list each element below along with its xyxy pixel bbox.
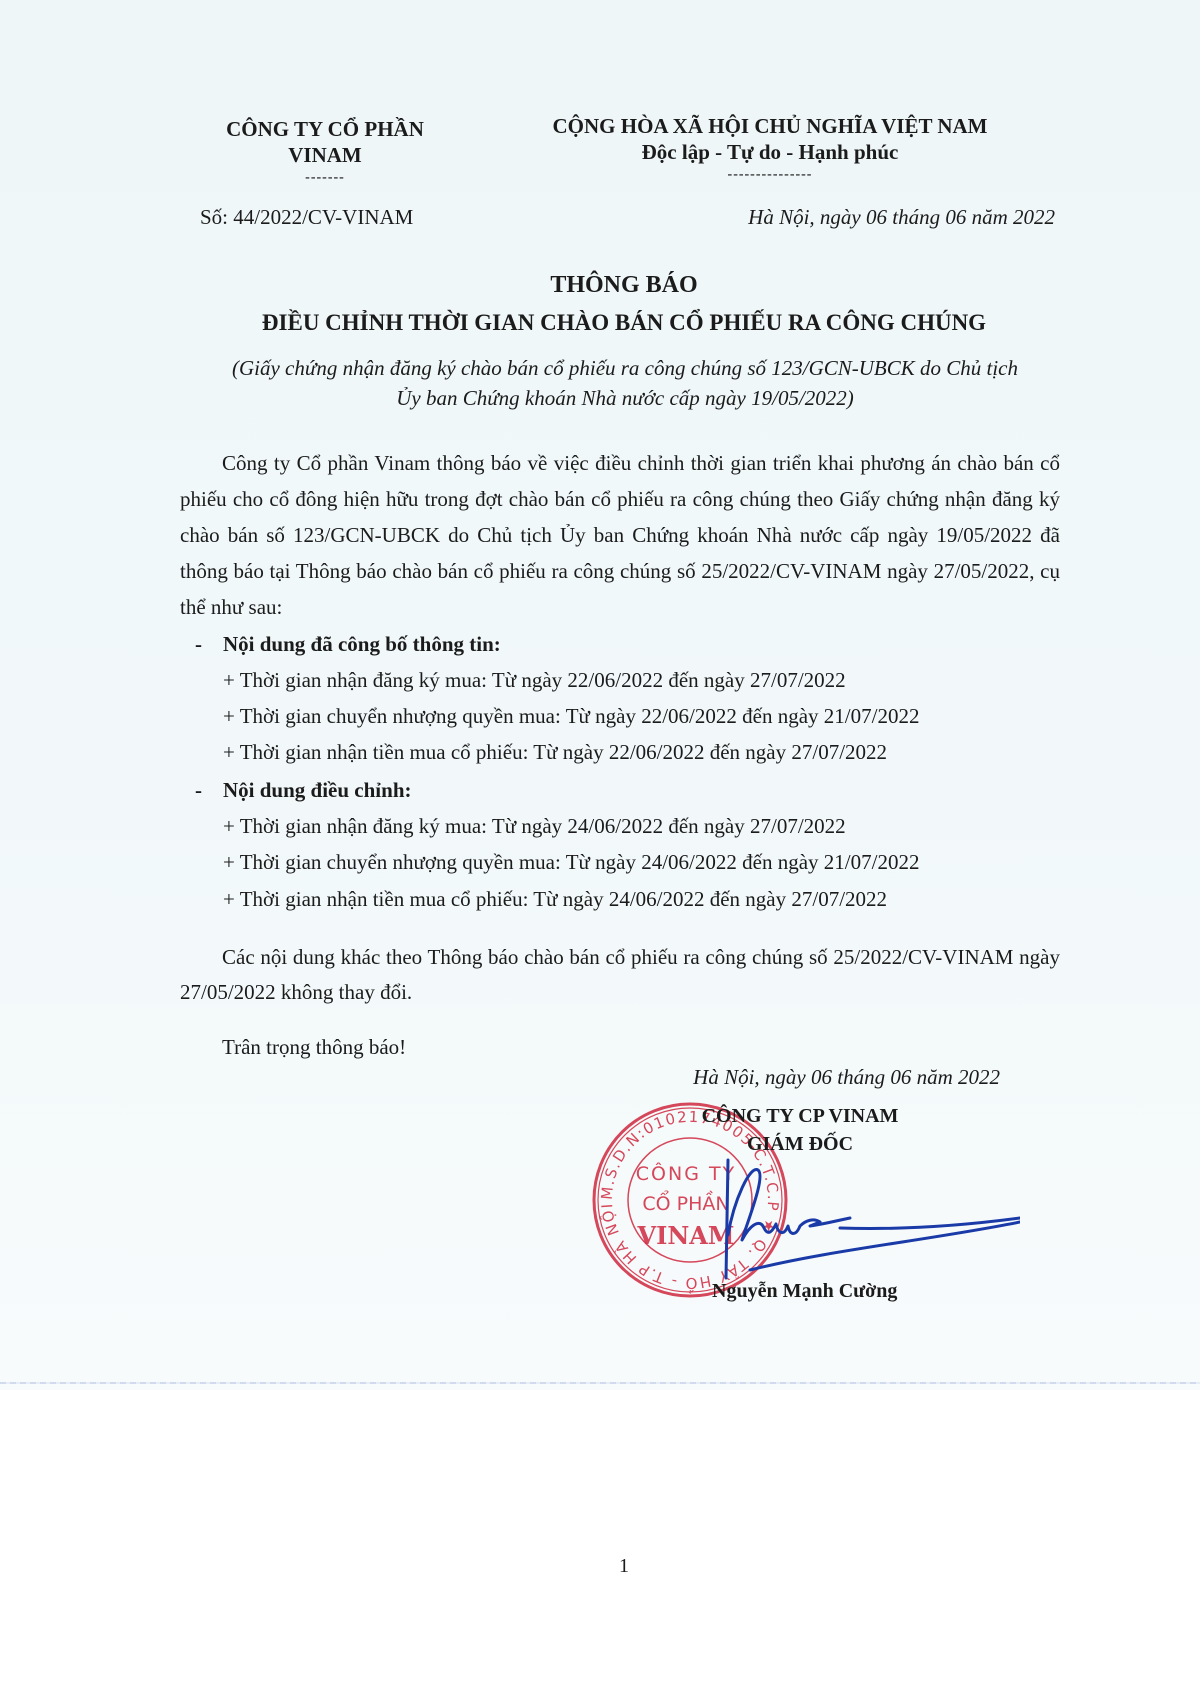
- svg-text:CỔ PHẦN: CỔ PHẦN: [642, 1189, 729, 1215]
- list-item: + Thời gian nhận đăng ký mua: Từ ngày 24…: [223, 814, 846, 839]
- signatory-company: CÔNG TY CP VINAM: [640, 1102, 960, 1130]
- company-separator: -------: [200, 168, 450, 188]
- national-motto: Độc lập - Tự do - Hạnh phúc: [520, 139, 1020, 165]
- national-header: CỘNG HÒA XÃ HỘI CHỦ NGHĨA VIỆT NAM Độc l…: [520, 113, 1020, 185]
- section-heading-adjusted: -Nội dung điều chỉnh:: [195, 778, 412, 803]
- list-item: + Thời gian nhận tiền mua cổ phiếu: Từ n…: [223, 887, 887, 912]
- section-heading-text: Nội dung đã công bố thông tin:: [223, 632, 501, 656]
- bullet-dash: -: [195, 778, 223, 803]
- motto-separator: ---------------: [520, 165, 1020, 185]
- list-item: + Thời gian nhận đăng ký mua: Từ ngày 22…: [223, 668, 846, 693]
- document-title: THÔNG BÁO: [0, 272, 1200, 299]
- document-subtitle: ĐIỀU CHỈNH THỜI GIAN CHÀO BÁN CỔ PHIẾU R…: [0, 310, 1200, 336]
- list-item: + Thời gian chuyển nhượng quyền mua: Từ …: [223, 850, 919, 875]
- certificate-reference: (Giấy chứng nhận đăng ký chào bán cổ phi…: [190, 353, 1060, 413]
- nation-name: CỘNG HÒA XÃ HỘI CHỦ NGHĨA VIỆT NAM: [520, 113, 1020, 139]
- closing-line: Trân trọng thông báo!: [222, 1035, 406, 1060]
- company-name-line2: VINAM: [200, 142, 450, 168]
- list-item: + Thời gian chuyển nhượng quyền mua: Từ …: [223, 704, 919, 729]
- other-content-paragraph: Các nội dung khác theo Thông báo chào bá…: [180, 940, 1060, 1010]
- certificate-line-1: (Giấy chứng nhận đăng ký chào bán cổ phi…: [190, 353, 1060, 383]
- section-heading-text: Nội dung điều chỉnh:: [223, 778, 412, 802]
- issue-date: Hà Nội, ngày 06 tháng 06 năm 2022: [700, 205, 1055, 230]
- section-heading-published: -Nội dung đã công bố thông tin:: [195, 632, 501, 657]
- company-name-line1: CÔNG TY CỔ PHẦN: [200, 116, 450, 142]
- signature-date: Hà Nội, ngày 06 tháng 06 năm 2022: [600, 1065, 1000, 1090]
- list-item: + Thời gian nhận tiền mua cổ phiếu: Từ n…: [223, 740, 887, 765]
- page-number: 1: [0, 1555, 1200, 1578]
- company-header: CÔNG TY CỔ PHẦN VINAM -------: [200, 116, 450, 188]
- document-number: Số: 44/2022/CV-VINAM: [200, 205, 462, 230]
- signatory-name: Nguyễn Mạnh Cường: [712, 1280, 897, 1303]
- scan-artifact-line: [0, 1382, 1200, 1384]
- intro-paragraph: Công ty Cổ phần Vinam thông báo về việc …: [180, 445, 1060, 625]
- handwritten-signature-icon: [720, 1140, 1020, 1280]
- bullet-dash: -: [195, 632, 223, 657]
- certificate-line-2: Ủy ban Chứng khoán Nhà nước cấp ngày 19/…: [190, 383, 1060, 413]
